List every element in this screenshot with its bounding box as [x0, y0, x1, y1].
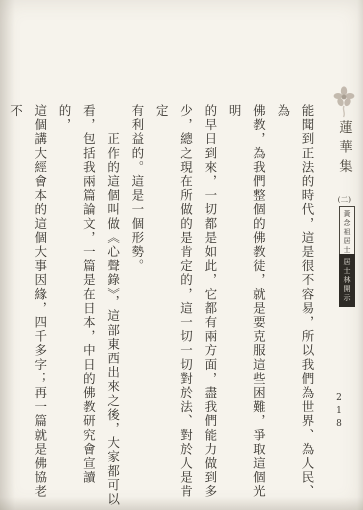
text-column: 佛教，為我們整個的佛教徒，就是要克服這些困難，爭取這個光明	[222, 104, 271, 510]
author-tag: 黃念祖居士	[339, 206, 355, 259]
text-column: 正作的這個叫做《心聲錄》，這部東西出來之後，大家都可以	[100, 104, 124, 510]
book-title: 蓮華集	[334, 120, 354, 192]
page-right-edge-shadow	[357, 0, 363, 510]
calligraphy-flower-stamp-icon	[331, 84, 357, 118]
text-column: 少，總之現在所做的是肯定的，這一切一切對於法、對於人是肯定	[149, 104, 198, 510]
text-column: 能聞到正法的時代，這是很不容易，所以我們為世界、為人民、為	[270, 104, 319, 510]
text-column: 看，包括我兩篇論文，一篇是在日本，中日的佛教研究會宣讀的，	[52, 104, 101, 510]
book-page: 蓮華集 (二) 黃念祖居士 居士林開示 218 能聞到正法的時代，這是很不容易，…	[0, 0, 363, 510]
section-tag: 居士林開示	[339, 254, 355, 307]
text-column: 這個講大經會本的這個大事因緣，四千多字；再一篇就是佛協老不	[3, 104, 52, 510]
page-number: 218	[334, 393, 344, 432]
text-column: 有利益的。這是一個形勢。	[125, 104, 149, 510]
volume-label: (二)	[338, 194, 351, 205]
text-column: 的早日到來，一切都是如此，它都有兩方面，盡我們能力做到多	[198, 104, 222, 510]
text-column: 登的，現在登出來了，我又改了一改名字，這就比以前又好一點。	[0, 104, 3, 510]
main-text: 能聞到正法的時代，這是很不容易，所以我們為世界、為人民、為佛教，為我們整個的佛教…	[20, 104, 319, 510]
